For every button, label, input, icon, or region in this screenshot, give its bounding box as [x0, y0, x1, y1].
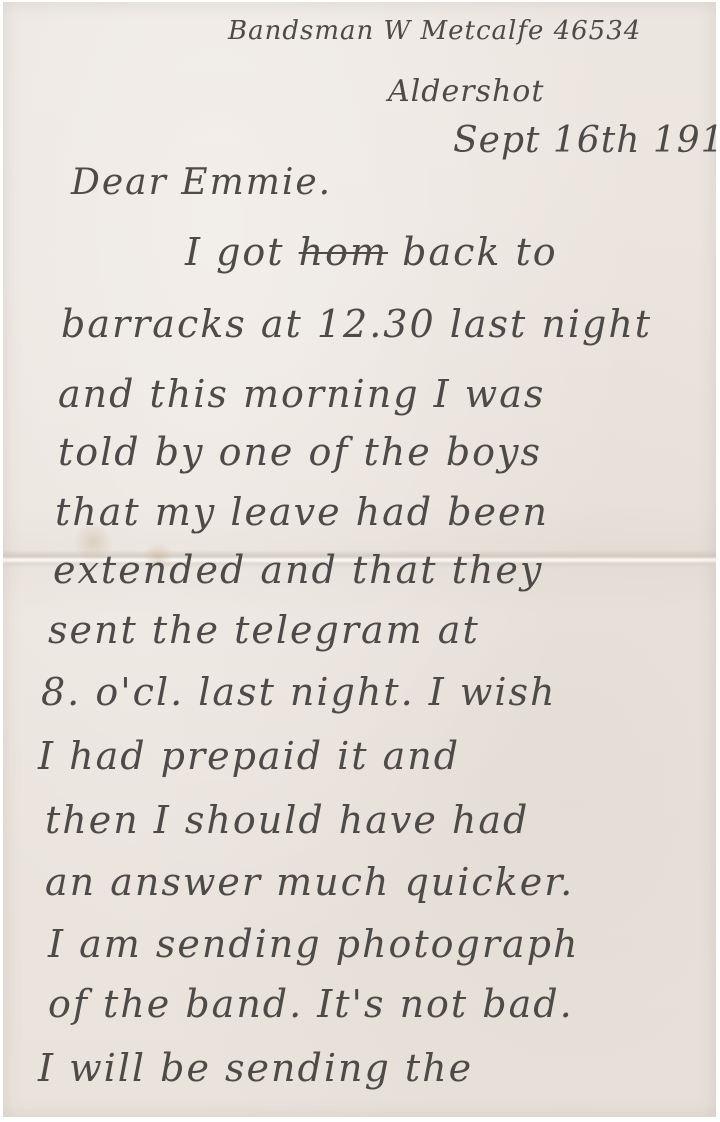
body-line-5: that my leave had been	[55, 490, 549, 534]
date-line: Sept 16th 1917	[453, 120, 720, 161]
body-text: I got	[185, 230, 299, 274]
letter-page: Bandsman W Metcalfe 46534 Aldershot Sept…	[3, 2, 716, 1117]
body-line-12: I am sending photograph	[48, 922, 579, 966]
body-line-10: then I should have had	[45, 798, 529, 842]
body-line-9: I had prepaid it and	[38, 734, 460, 778]
sender-line: Bandsman W Metcalfe 46534	[228, 16, 641, 46]
location-line: Aldershot	[388, 74, 544, 109]
body-line-13: of the band. It's not bad.	[48, 982, 574, 1026]
body-line-3: and this morning I was	[58, 372, 545, 416]
body-line-11: an answer much quicker.	[45, 860, 574, 904]
body-line-2: barracks at 12.30 last night	[61, 302, 652, 346]
body-line-4: told by one of the boys	[58, 430, 542, 474]
salutation: Dear Emmie.	[71, 162, 332, 203]
body-line-14: I will be sending the	[38, 1046, 473, 1090]
body-line-7: sent the telegram at	[48, 608, 480, 652]
body-line-6: extended and that they	[53, 548, 543, 592]
body-line-1: I got hom back to	[185, 230, 558, 274]
struck-word: hom	[299, 230, 388, 274]
body-line-8: 8. o'cl. last night. I wish	[41, 670, 557, 714]
body-text: back to	[388, 230, 558, 274]
